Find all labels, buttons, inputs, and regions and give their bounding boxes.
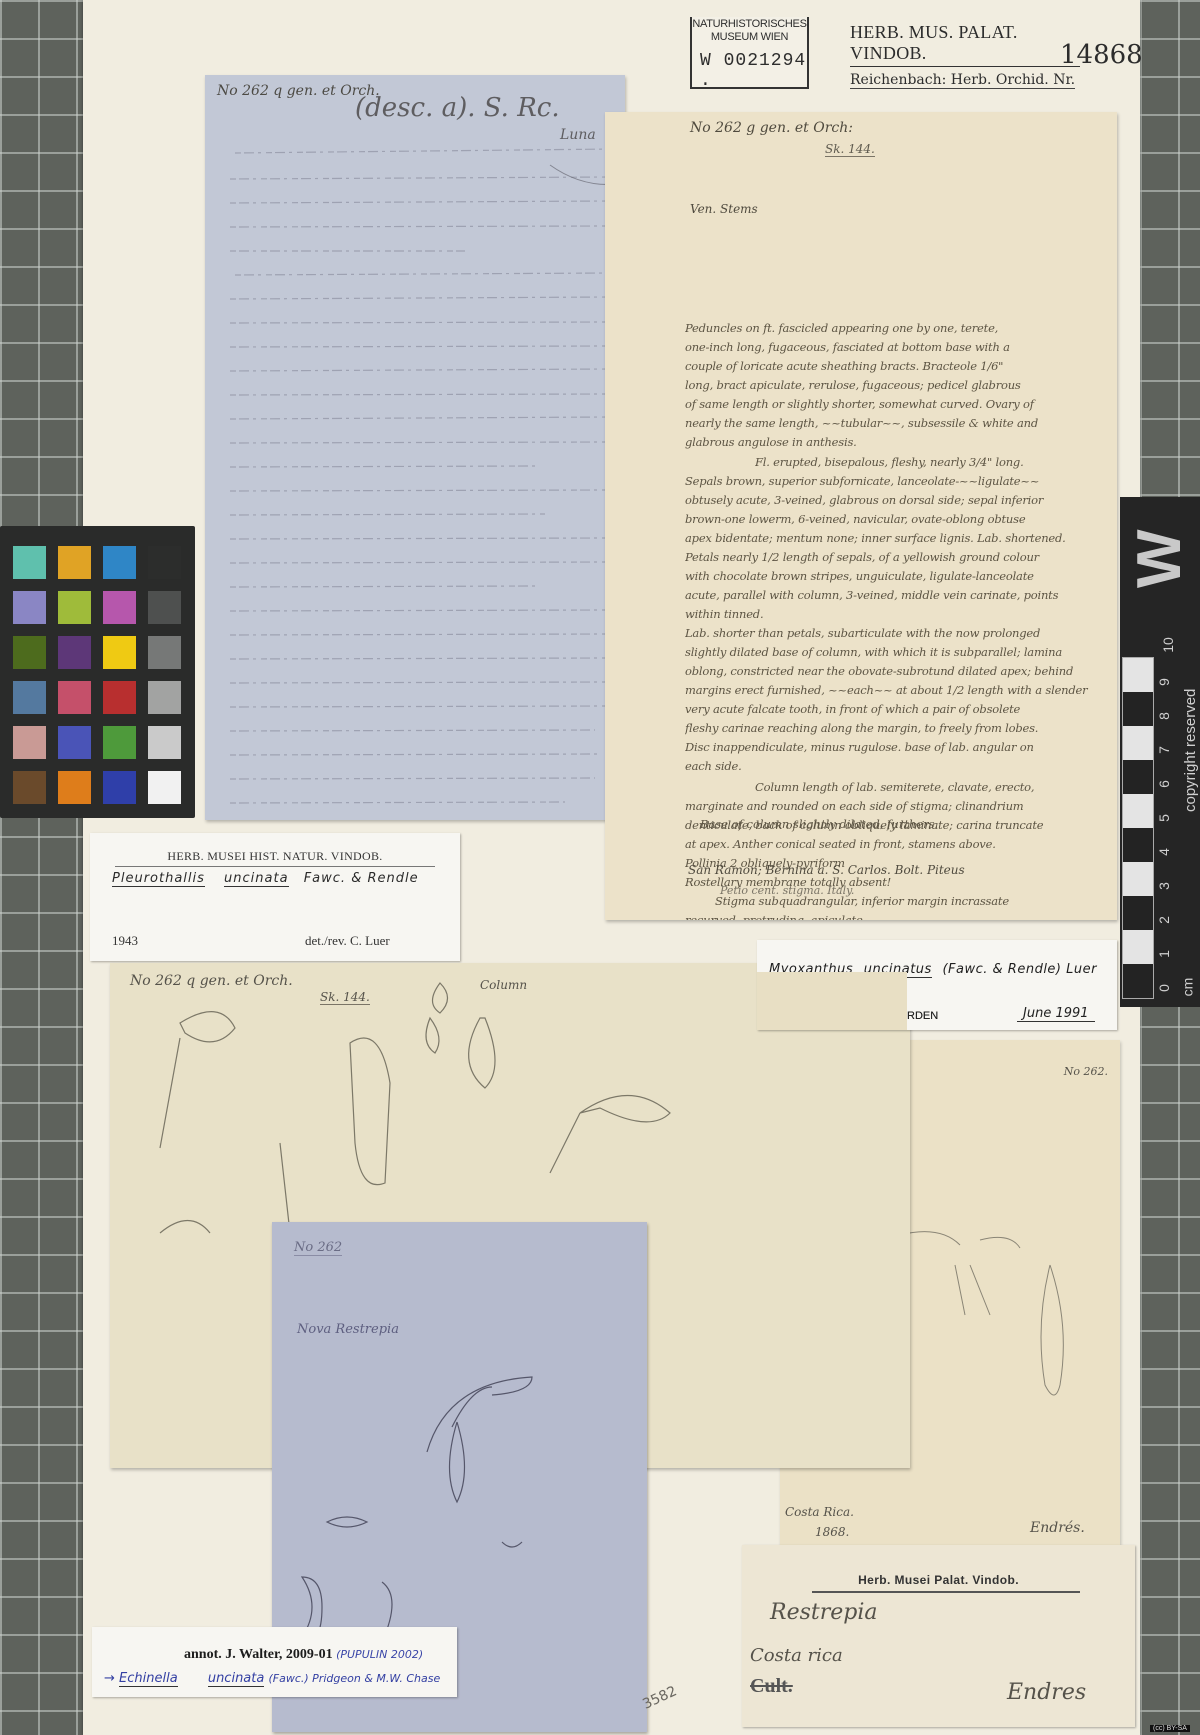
letter-line: at apex. Anther conical seated in front,… <box>685 834 1109 855</box>
color-swatch <box>103 636 136 669</box>
ruler-unit: cm <box>1179 978 1195 997</box>
color-swatch <box>148 546 181 579</box>
color-swatch <box>148 771 181 804</box>
copyright-text: copyright reserved <box>1182 632 1200 812</box>
cream-letter-ref: No 262 g gen. et Orch: <box>690 120 853 136</box>
color-swatch <box>148 636 181 669</box>
letter-line: couple of loricate acute sheathing bract… <box>685 356 1109 377</box>
museum-stamp: NATURHISTORISCHES MUSEUM WIEN W 0021294 … <box>690 17 809 89</box>
ruler-tick-5: 5 <box>1156 814 1172 822</box>
color-swatch <box>103 771 136 804</box>
color-swatch <box>13 726 46 759</box>
stamp-institution-line1: NATURHISTORISCHES <box>692 19 807 30</box>
label-cult: Cult. <box>750 1675 793 1698</box>
label-header: Herb. Musei Palat. Vindob. <box>742 1573 1135 1587</box>
ruler-tick-6: 6 <box>1156 780 1172 788</box>
letter-line: recurved, protruding, apiculate. <box>685 910 1109 920</box>
license-badge: (cc) BY-SA <box>1150 1725 1190 1732</box>
cream-letter-greeting: Ven. Stems <box>690 202 758 216</box>
color-swatch <box>58 636 91 669</box>
color-swatch <box>13 546 46 579</box>
color-swatch <box>103 726 136 759</box>
overlapping-paper <box>757 972 907 1030</box>
ruler-tick-7: 7 <box>1156 746 1172 754</box>
letter-line: of same length or slightly shorter, some… <box>685 394 1109 415</box>
ruler-tick-9: 9 <box>1156 678 1172 686</box>
color-swatch <box>148 591 181 624</box>
letter-line: within tinned. <box>685 604 1109 625</box>
ruler-tick-4: 4 <box>1156 848 1172 856</box>
determination-date: June 1991 <box>1017 1006 1095 1022</box>
label-rule <box>812 1591 1080 1593</box>
letter-line: with chocolate brown stripes, unguiculat… <box>685 566 1109 587</box>
letter-line: Petals nearly 1/2 length of sepals, of a… <box>685 547 1109 568</box>
ruler-tick-10: 10 <box>1160 637 1176 653</box>
letter-line: brown-one lowerm, 6-veined, navicular, o… <box>685 509 1109 530</box>
determiner: det./rev. C. Luer <box>305 933 390 949</box>
label-genus: Restrepia <box>770 1600 878 1625</box>
barcode-id: W 0021294 . <box>700 51 807 91</box>
label-collector: Endres <box>1007 1680 1086 1705</box>
color-swatch <box>58 771 91 804</box>
cream-letter-sk: Sk. 144. <box>825 142 875 157</box>
letter-line: each side. <box>685 756 1109 777</box>
cream-letter-footer-2: Petio cent. stigma. Italy. <box>720 884 854 897</box>
ruler-tick-3: 3 <box>1156 882 1172 890</box>
cream-letter-page: No 262 g gen. et Orch: Sk. 144. Ven. Ste… <box>605 112 1117 920</box>
label-locality: Costa rica <box>750 1645 843 1666</box>
partial-text: RDEN <box>907 1010 938 1022</box>
letter-line: Fl. erupted, bisepalous, fleshy, nearly … <box>755 452 1109 473</box>
herbarium-header: HERB. MUS. PALAT. VINDOB. Reichenbach: H… <box>850 22 1140 89</box>
color-swatch <box>58 681 91 714</box>
color-swatch <box>148 726 181 759</box>
stamp-institution-line2: MUSEUM WIEN <box>692 32 807 43</box>
ruler-tick-0: 0 <box>1156 984 1172 992</box>
herbarium-number: 14868 <box>1060 40 1143 70</box>
annotation-line: annot. J. Walter, 2009-01 (PUPULIN 2002) <box>184 1647 423 1663</box>
ruler-tick-8: 8 <box>1156 712 1172 720</box>
letter-line: fleshy carinae reaching along the margin… <box>685 718 1109 739</box>
color-swatch <box>103 591 136 624</box>
color-swatch <box>58 591 91 624</box>
letter-line: Column length of lab. semiterete, clavat… <box>755 777 1109 798</box>
scale-ruler: W copyright reserved 0 1 2 3 4 5 6 7 8 9… <box>1120 497 1200 1007</box>
letter-line: one-inch long, fugaceous, fasciated at b… <box>685 337 1109 358</box>
color-swatch <box>13 636 46 669</box>
color-swatch <box>13 591 46 624</box>
label-annotation: annot. J. Walter, 2009-01 (PUPULIN 2002)… <box>92 1627 457 1697</box>
letter-line: Lab. shorter than petals, subarticulate … <box>685 623 1109 644</box>
herbarium-subtitle: Reichenbach: Herb. Orchid. Nr. <box>850 72 1140 89</box>
color-swatch <box>13 681 46 714</box>
blue-letter-page: No 262 q gen. et Orch. (desc. a). S. Rc.… <box>205 75 625 820</box>
letter-line: Base of column slightly dilated, further… <box>700 817 938 831</box>
letter-line: marginate and rounded on each side of st… <box>685 796 1109 817</box>
label-header: HERB. MUSEI HIST. NATUR. VINDOB. <box>90 849 460 864</box>
color-swatch <box>58 726 91 759</box>
ruler-scale-bar <box>1122 657 1154 999</box>
letter-line: apex bidentate; mentum none; inner surfa… <box>685 528 1109 549</box>
color-swatch <box>58 546 91 579</box>
color-swatch <box>13 771 46 804</box>
letter-line: Disc inappendiculate, minus rugulose. ba… <box>685 737 1109 758</box>
ruler-tick-1: 1 <box>1156 950 1172 958</box>
color-calibration-chart <box>0 526 195 818</box>
cream-letter-footer-1: San Ramon; Bernina a. S. Carlos. Bolt. P… <box>688 863 965 877</box>
color-swatch <box>103 546 136 579</box>
letter-line: glabrous angulose in anthesis. <box>685 432 1109 453</box>
letter-line: margins erect furnished, ~~each~~ at abo… <box>685 680 1109 701</box>
herbarium-title: HERB. MUS. PALAT. VINDOB. <box>850 22 1080 67</box>
ruler-tick-2: 2 <box>1156 916 1172 924</box>
letter-line: slightly dilated base of column, with wh… <box>685 642 1109 663</box>
letter-line: Sepals brown, superior subfornicate, lan… <box>685 471 1109 492</box>
annotation-taxon: → Echinella uncinata (Fawc.) Pridgeon & … <box>104 1671 440 1686</box>
color-swatch <box>148 681 181 714</box>
letter-line: very acute falcate tooth, in front of wh… <box>685 699 1109 720</box>
letter-line: long, bract apiculate, rerulose, fugaceo… <box>685 375 1109 396</box>
label-pleurothallis: HERB. MUSEI HIST. NATUR. VINDOB. Pleurot… <box>90 833 460 961</box>
letter-line: Peduncles on ft. fascicled appearing one… <box>685 318 1109 339</box>
museum-logo: W <box>1125 536 1195 588</box>
label-rule <box>115 866 435 867</box>
faint-handwriting-lines <box>205 75 625 820</box>
determination-year: 1943 <box>112 933 138 949</box>
taxon-name: Pleurothallis uncinata Fawc. & Rendle <box>112 871 419 886</box>
letter-line: acute, parallel with column, 3-veined, m… <box>685 585 1109 606</box>
color-swatch <box>103 681 136 714</box>
letter-line: oblong, constricted near the obovate-sub… <box>685 661 1109 682</box>
letter-line: obtusely acute, 3-veined, glabrous on do… <box>685 490 1109 511</box>
label-herb-palat: Herb. Musei Palat. Vindob. Restrepia Cos… <box>742 1545 1135 1727</box>
letter-line: nearly the same length, ~~tubular~~, sub… <box>685 413 1109 434</box>
